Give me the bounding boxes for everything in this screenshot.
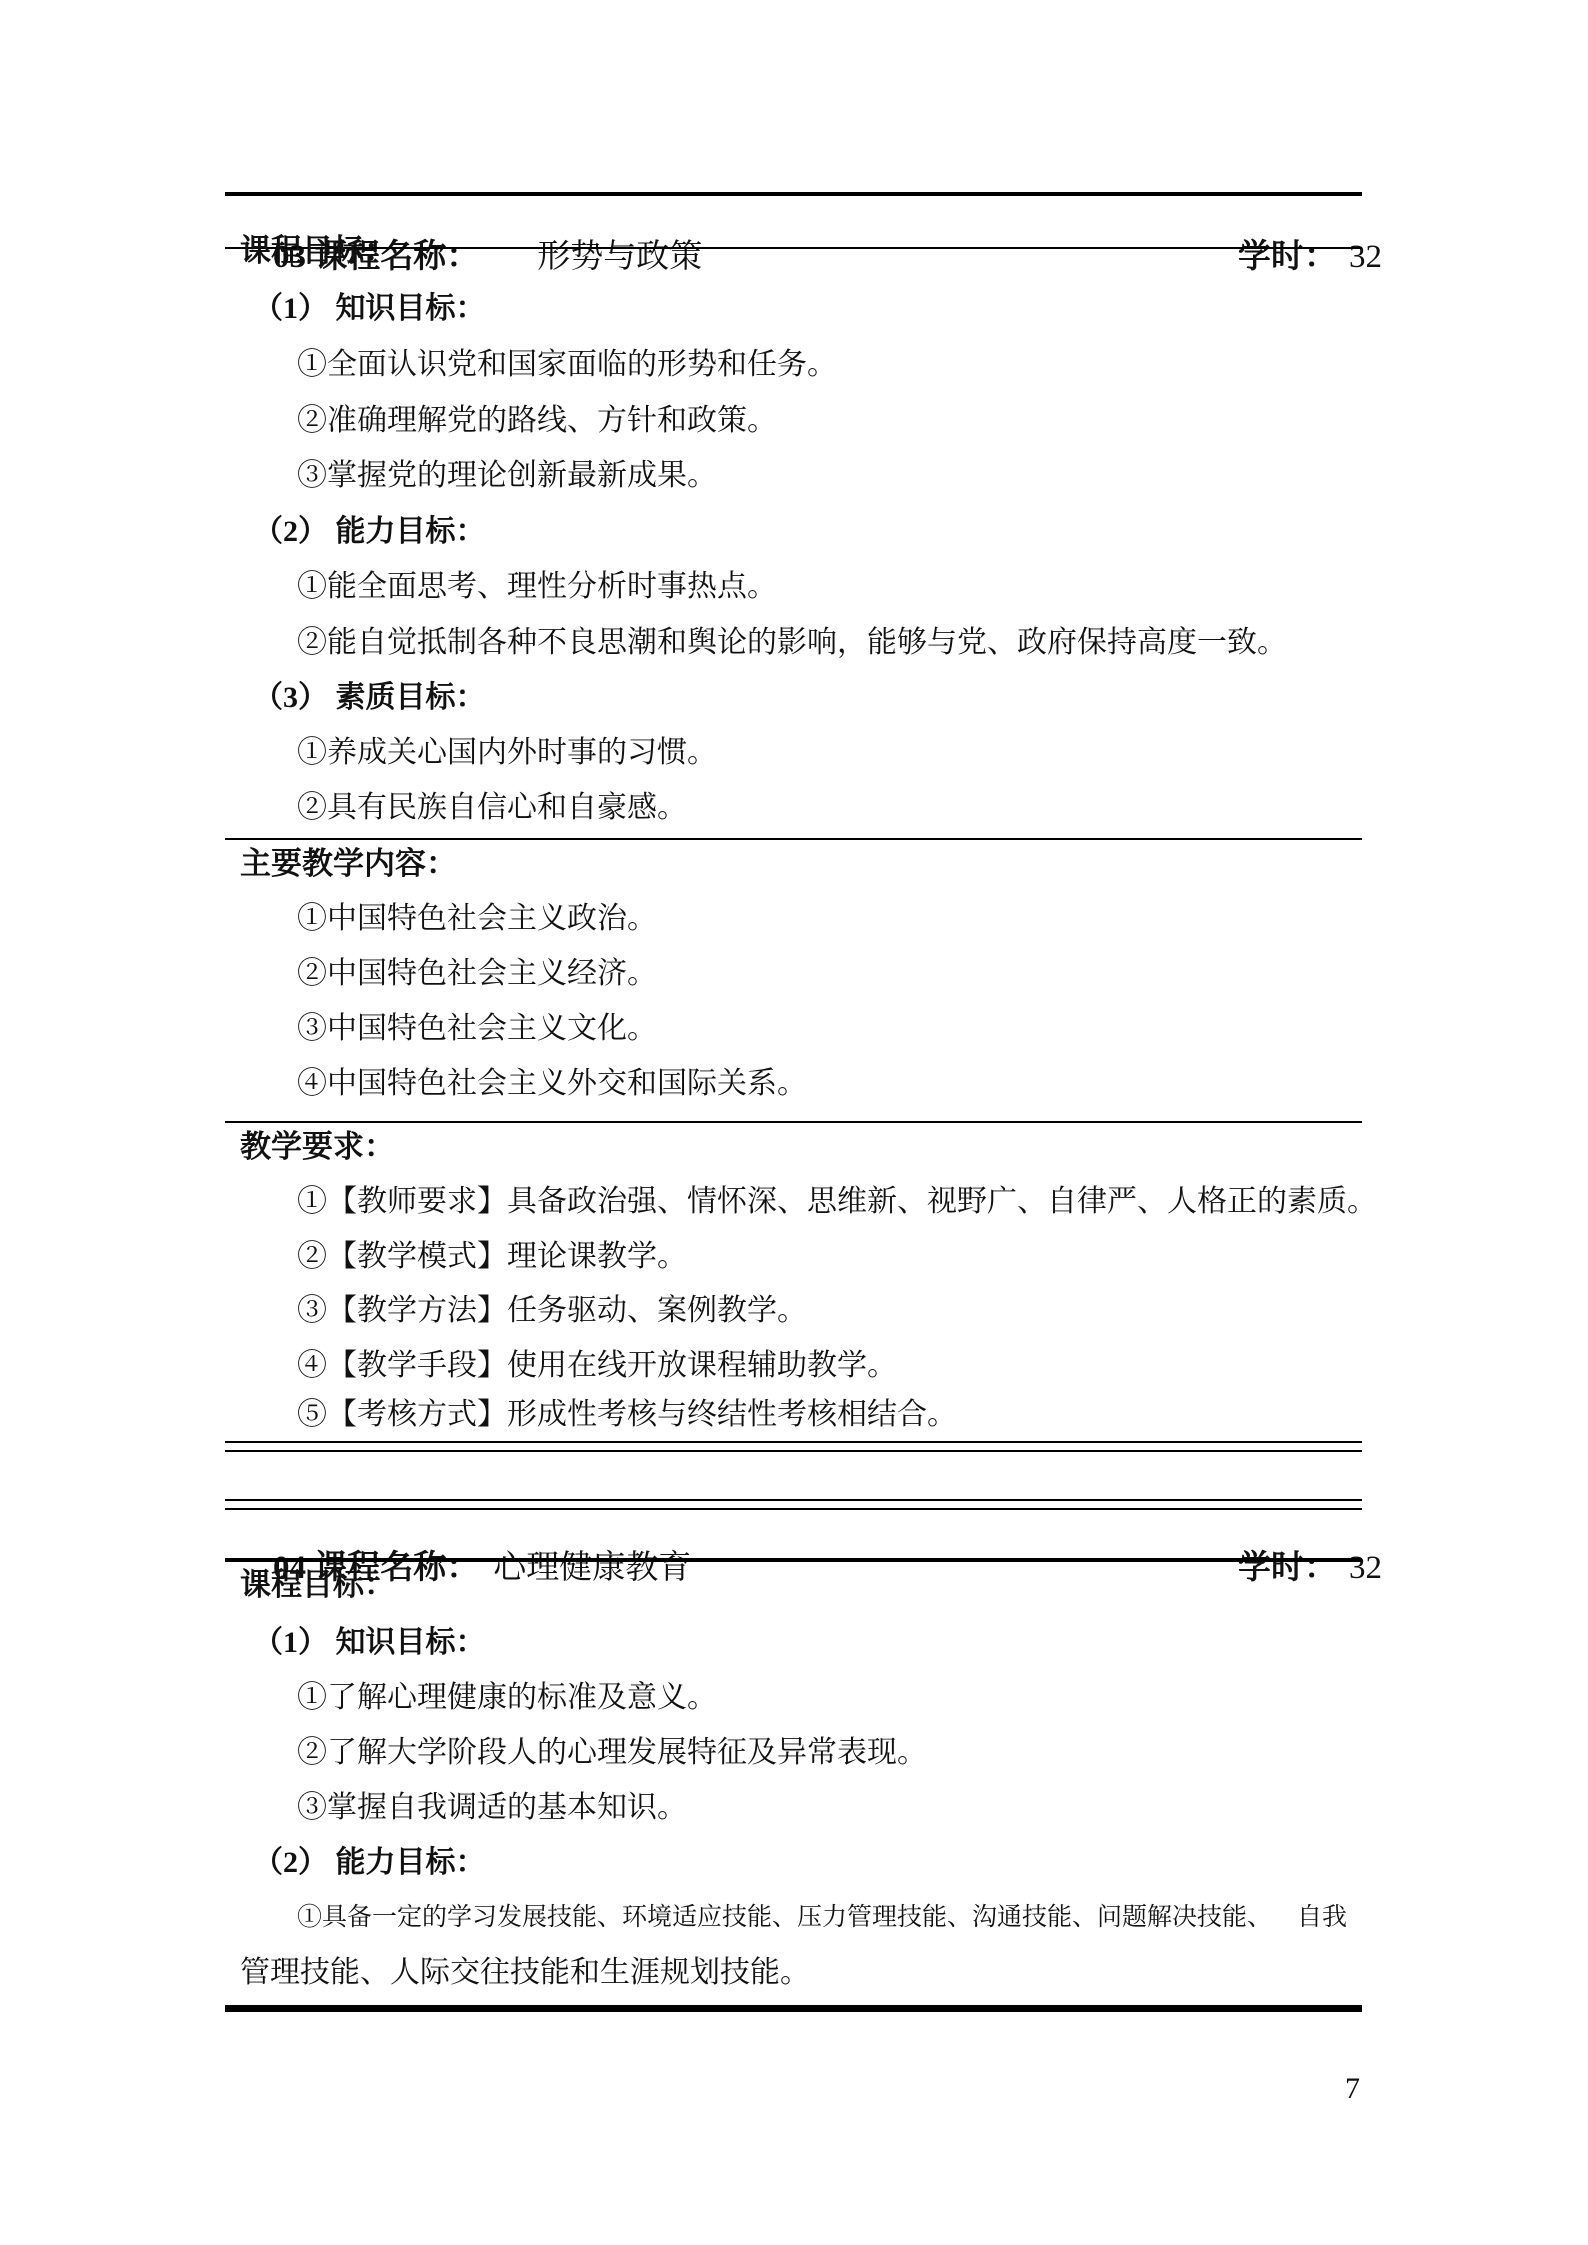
objective-group-label: （3） 素质目标： xyxy=(253,681,486,716)
objectives-title: 课程目标： xyxy=(240,1567,395,1603)
table2-row-rule-1 xyxy=(225,1558,1362,1562)
table1-row-rule-1 xyxy=(225,247,1362,249)
table1-bottom-rule xyxy=(225,1441,1362,1452)
document-page: 03 课程名称：形势与政策 学时：32 课程目标： （1） 知识目标： ①全面认… xyxy=(0,0,1588,2245)
requirement-item: ②【教学模式】理论课教学。 xyxy=(297,1240,687,1275)
objective-item: ②能自觉抵制各种不良思潮和舆论的影响，能够与党、政府保持高度一致。 xyxy=(297,626,1287,661)
objective-item: ①能全面思考、理性分析时事热点。 xyxy=(297,570,777,605)
objective-item-line2: 管理技能、人际交往技能和生涯规划技能。 xyxy=(240,1956,810,1991)
table1-row-rule-3 xyxy=(225,1121,1362,1123)
objective-item: ①全面认识党和国家面临的形势和任务。 xyxy=(297,348,837,383)
objective-group-label: （1） 知识目标： xyxy=(253,292,486,327)
requirement-item: ③【教学方法】任务驱动、案例教学。 xyxy=(297,1294,807,1329)
page-number: 7 xyxy=(1345,2072,1360,2106)
content-item: ②中国特色社会主义经济。 xyxy=(297,957,657,992)
content-item: ④中国特色社会主义外交和国际关系。 xyxy=(297,1067,807,1102)
objective-group-label: （1） 知识目标： xyxy=(253,1626,486,1661)
course-04-hours: 学时：32 xyxy=(1205,1512,1382,1626)
objective-item: ③掌握党的理论创新最新成果。 xyxy=(297,459,717,494)
requirement-item: ⑤【考核方式】形成性考核与终结性考核相结合。 xyxy=(297,1398,957,1433)
content-title: 主要教学内容： xyxy=(240,846,457,882)
content-item: ①中国特色社会主义政治。 xyxy=(297,902,657,937)
objective-group-label: （2） 能力目标： xyxy=(253,1846,486,1881)
course-name: 形势与政策 xyxy=(537,239,702,275)
hours-label: 学时： xyxy=(1238,239,1337,275)
hours-value: 32 xyxy=(1349,239,1382,275)
objective-item: ②准确理解党的路线、方针和政策。 xyxy=(297,404,777,439)
requirements-title: 教学要求： xyxy=(240,1129,395,1165)
objective-item: ①了解心理健康的标准及意义。 xyxy=(297,1681,717,1716)
objective-group-label: （2） 能力目标： xyxy=(253,515,486,550)
objectives-title: 课程目标： xyxy=(240,233,395,269)
objective-item: ①养成关心国内外时事的习惯。 xyxy=(297,736,717,771)
table2-top-rule xyxy=(225,1499,1362,1510)
requirement-item: ①【教师要求】具备政治强、情怀深、思维新、视野广、自律严、人格正的素质。 xyxy=(297,1185,1377,1220)
requirement-item: ④【教学手段】使用在线开放课程辅助教学。 xyxy=(297,1349,897,1384)
course-03-hours: 学时：32 xyxy=(1205,201,1382,315)
course-name: 心理健康教育 xyxy=(493,1550,691,1586)
content-item: ③中国特色社会主义文化。 xyxy=(297,1012,657,1047)
table1-row-rule-2 xyxy=(225,838,1362,840)
objective-item: ②具有民族自信心和自豪感。 xyxy=(297,791,687,826)
objective-item: ③掌握自我调适的基本知识。 xyxy=(297,1791,687,1826)
objective-item: ②了解大学阶段人的心理发展特征及异常表现。 xyxy=(297,1736,927,1771)
table1-top-rule xyxy=(225,192,1362,196)
objective-item-line1: ①具备一定的学习发展技能、环境适应技能、压力管理技能、沟通技能、问题解决技能、 … xyxy=(297,1904,1347,1933)
hours-value: 32 xyxy=(1349,1550,1382,1586)
table2-bottom-rule xyxy=(225,2005,1362,2012)
hours-label: 学时： xyxy=(1238,1550,1337,1586)
